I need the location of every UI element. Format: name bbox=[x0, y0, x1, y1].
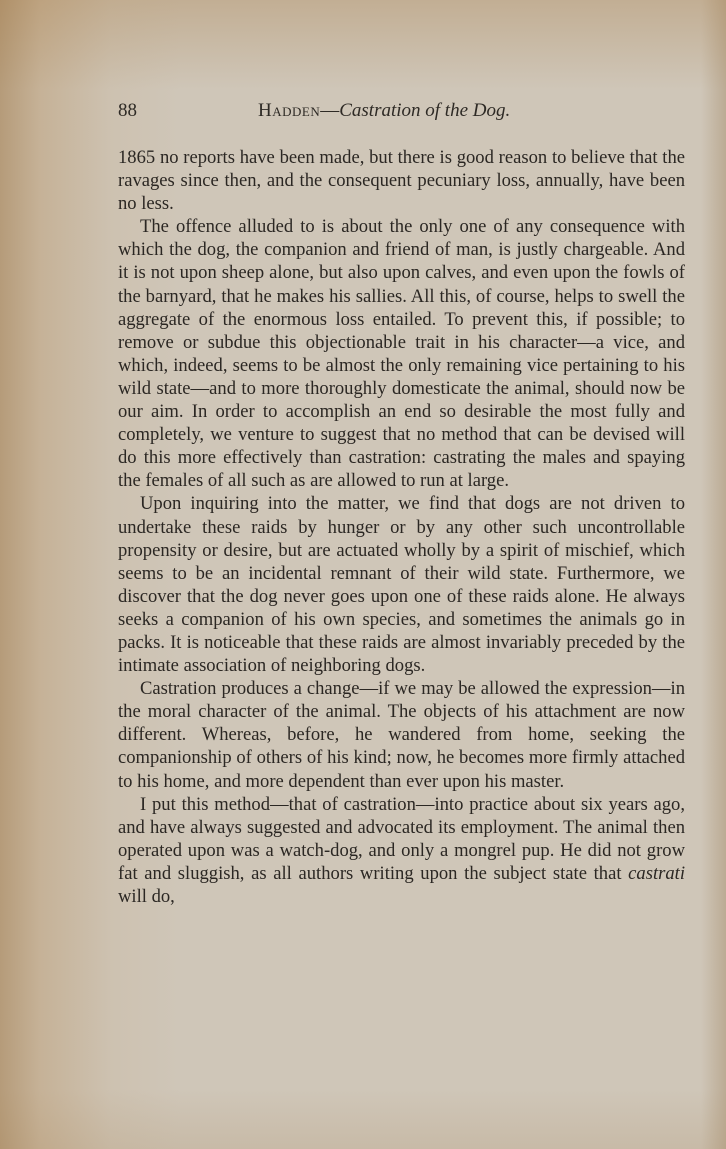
author-name: Hadden bbox=[258, 100, 320, 121]
italic-term: castrati bbox=[628, 863, 685, 884]
body-text: 1865 no reports have been made, but ther… bbox=[118, 146, 685, 908]
title-separator: — bbox=[320, 100, 339, 121]
article-subject: Castration of the Dog. bbox=[339, 100, 510, 121]
running-head: 88 Hadden—Castration of the Dog. bbox=[118, 100, 688, 128]
running-title: Hadden—Castration of the Dog. bbox=[258, 100, 510, 122]
book-page: 88 Hadden—Castration of the Dog. 1865 no… bbox=[0, 0, 726, 1149]
paragraph-continued: 1865 no reports have been made, but ther… bbox=[118, 146, 685, 215]
page-number: 88 bbox=[118, 100, 137, 122]
paragraph: Upon inquiring into the matter, we find … bbox=[118, 492, 685, 677]
paragraph: Castration produces a change—if we may b… bbox=[118, 677, 685, 792]
paragraph: I put this method—that of castration—int… bbox=[118, 793, 685, 908]
paragraph: The offence alluded to is about the only… bbox=[118, 215, 685, 492]
paragraph-text: I put this method—that of castration—int… bbox=[118, 794, 685, 884]
paragraph-text: will do, bbox=[118, 886, 175, 907]
